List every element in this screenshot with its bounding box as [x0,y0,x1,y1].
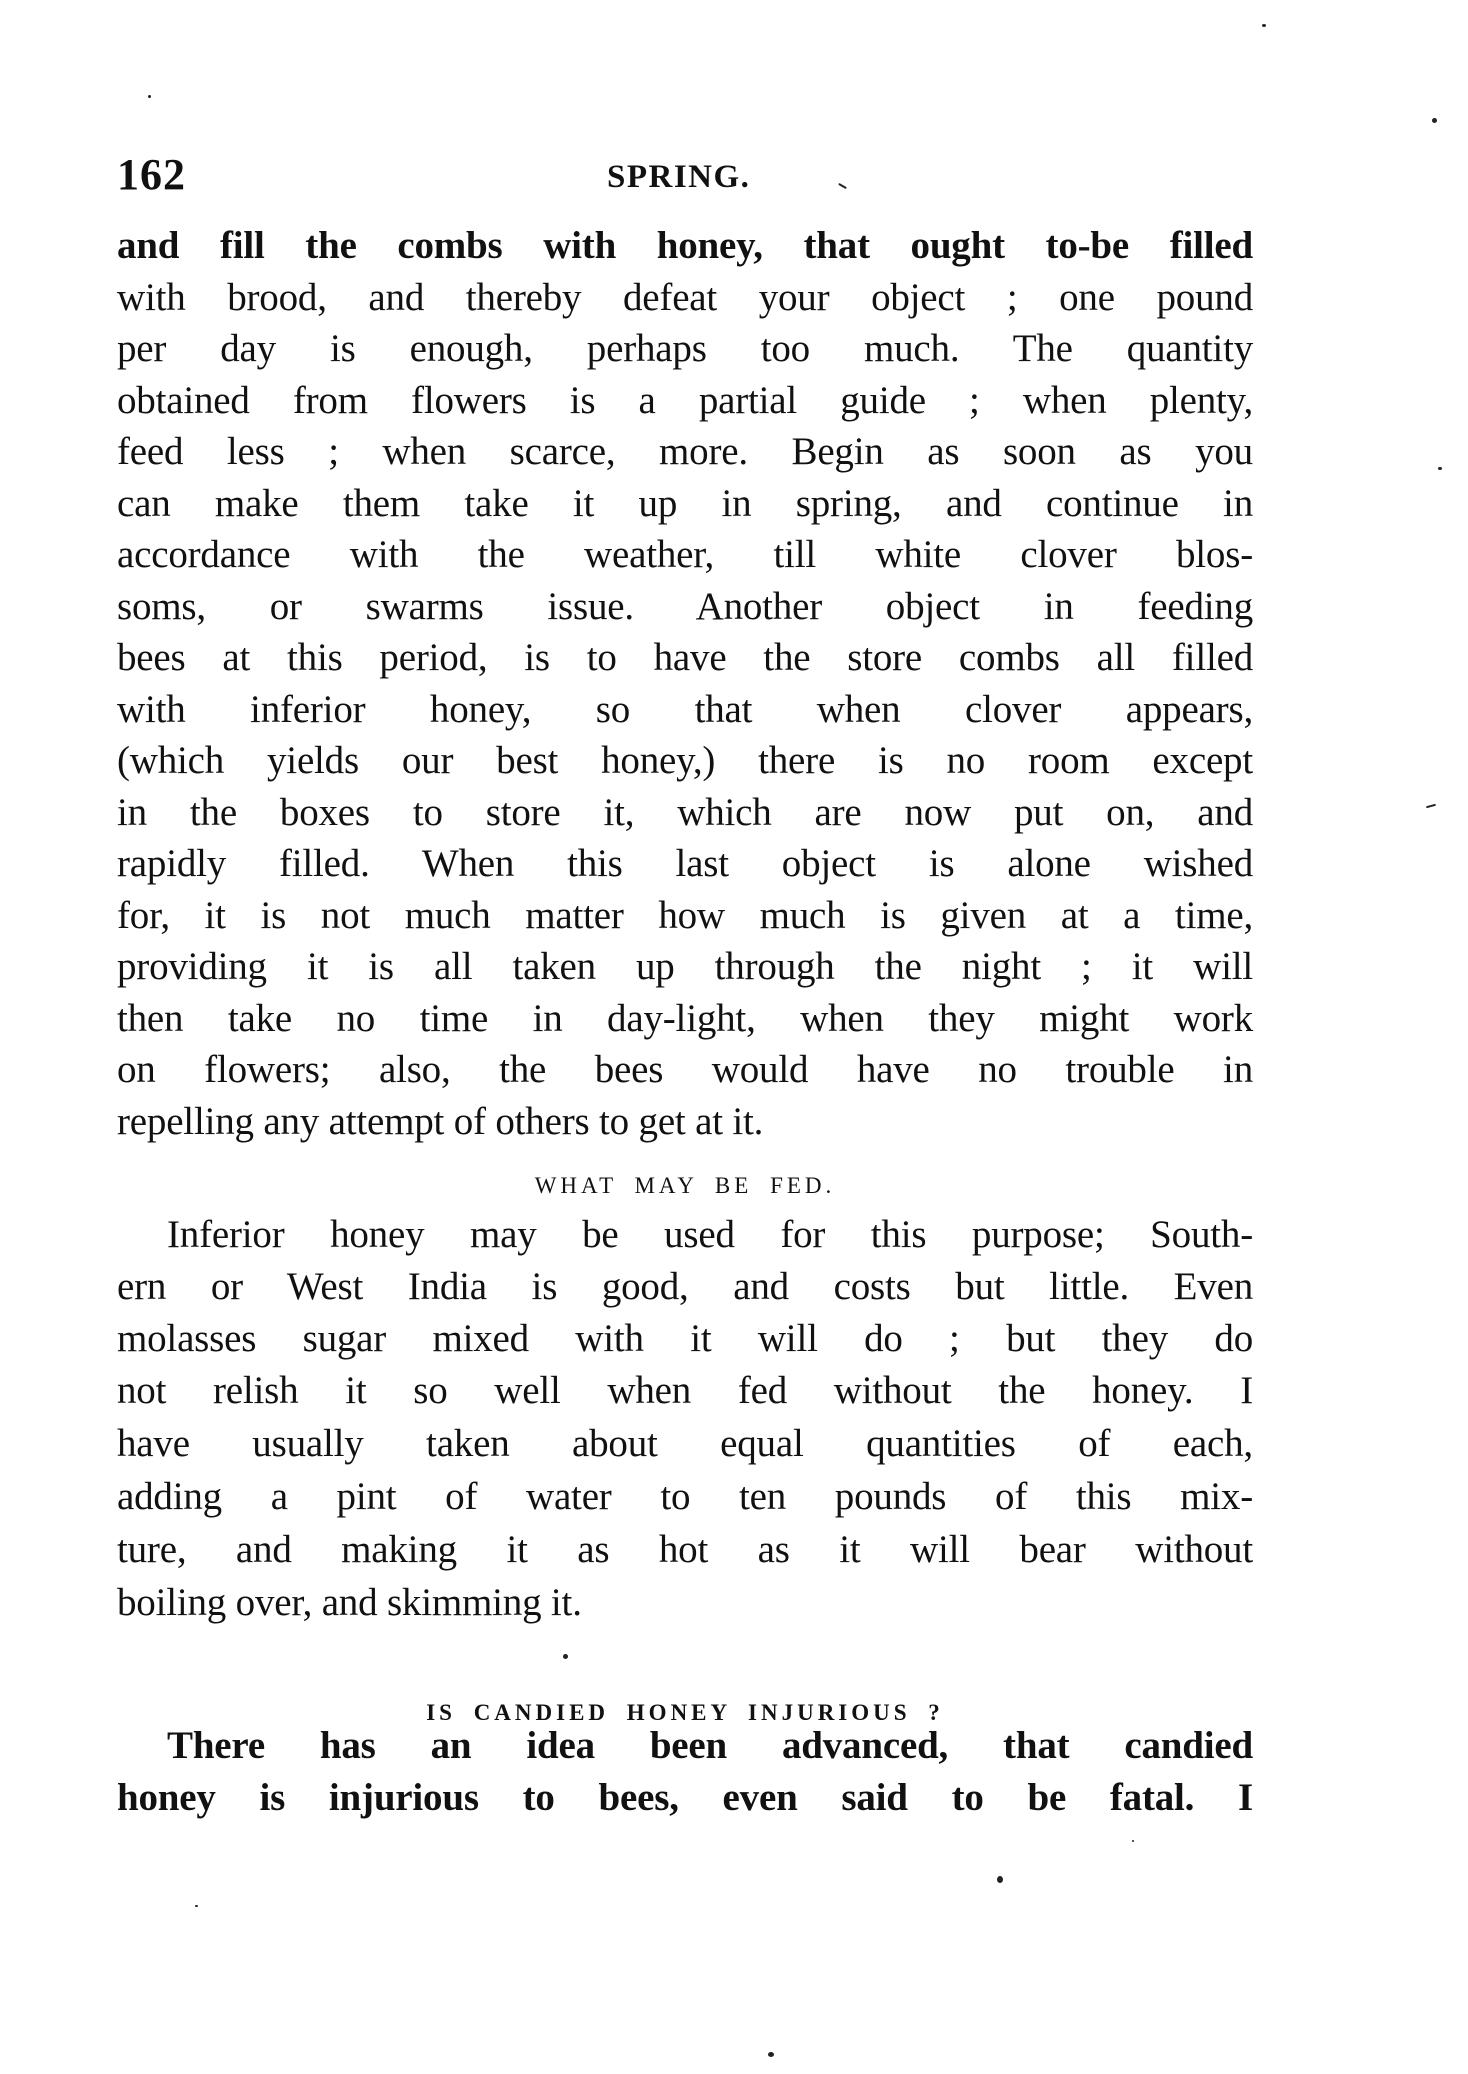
text-line: ture, and making it as hot as it will be… [117,1530,1253,1570]
text-line: Inferior honey may be used for this purp… [167,1215,1253,1255]
scan-speck [1438,467,1442,470]
text-line: obtained from flowers is a partial guide… [117,381,1253,421]
section-heading-what-may-be-fed: WHAT MAY BE FED. [117,1172,1253,1200]
running-head: 162 SPRING. [117,150,1253,200]
text-line: accordance with the weather, till white … [117,535,1253,575]
text-line: adding a pint of water to ten pounds of … [117,1477,1253,1517]
text-line: on flowers; also, the bees would have no… [117,1050,1253,1090]
text-line: molasses sugar mixed with it will do ; b… [117,1319,1253,1359]
text-line: with brood, and thereby defeat your obje… [117,278,1253,318]
book-page: 162 SPRING. and fill the combs with hone… [0,0,1468,2074]
text-line: per day is enough, perhaps too much. The… [117,329,1253,369]
text-line: can make them take it up in spring, and … [117,484,1253,524]
text-line: repelling any attempt of others to get a… [117,1102,1253,1142]
text-line: and fill the combs with honey, that ough… [117,226,1253,266]
text-line: (which yields our best honey,) there is … [117,741,1253,781]
scan-speck [148,95,151,98]
text-line: bees at this period, is to have the stor… [117,638,1253,678]
text-line: providing it is all taken up through the… [117,947,1253,987]
text-line: honey is injurious to bees, even said to… [117,1778,1253,1818]
text-line: feed less ; when scarce, more. Begin as … [117,432,1253,472]
scan-speck [768,2052,774,2057]
text-line: have usually taken about equal quantitie… [117,1424,1253,1464]
scan-speck [195,1905,198,1907]
scan-speck [1262,24,1266,27]
scan-speck [997,1876,1003,1883]
running-title: SPRING. [607,154,750,200]
text-line: There has an idea been advanced, that ca… [167,1726,1253,1766]
text-line: not relish it so well when fed without t… [117,1371,1253,1411]
text-line: then take no time in day-light, when the… [117,999,1253,1039]
section-heading-is-candied-honey-injurious: IS CANDIED HONEY INJURIOUS ? [117,1699,1253,1727]
scan-speck [1432,118,1437,123]
text-line: in the boxes to store it, which are now … [117,793,1253,833]
scan-speck [563,1654,568,1659]
scan-speck [1132,1840,1134,1842]
page-number: 162 [117,150,186,200]
text-line: ern or West India is good, and costs but… [117,1267,1253,1307]
text-line: for, it is not much matter how much is g… [117,896,1253,936]
scan-speck [1426,804,1436,809]
text-line: rapidly filled. When this last object is… [117,844,1253,884]
text-line: boiling over, and skimming it. [117,1583,1253,1623]
text-line: soms, or swarms issue. Another object in… [117,587,1253,627]
text-line: with inferior honey, so that when clover… [117,690,1253,730]
